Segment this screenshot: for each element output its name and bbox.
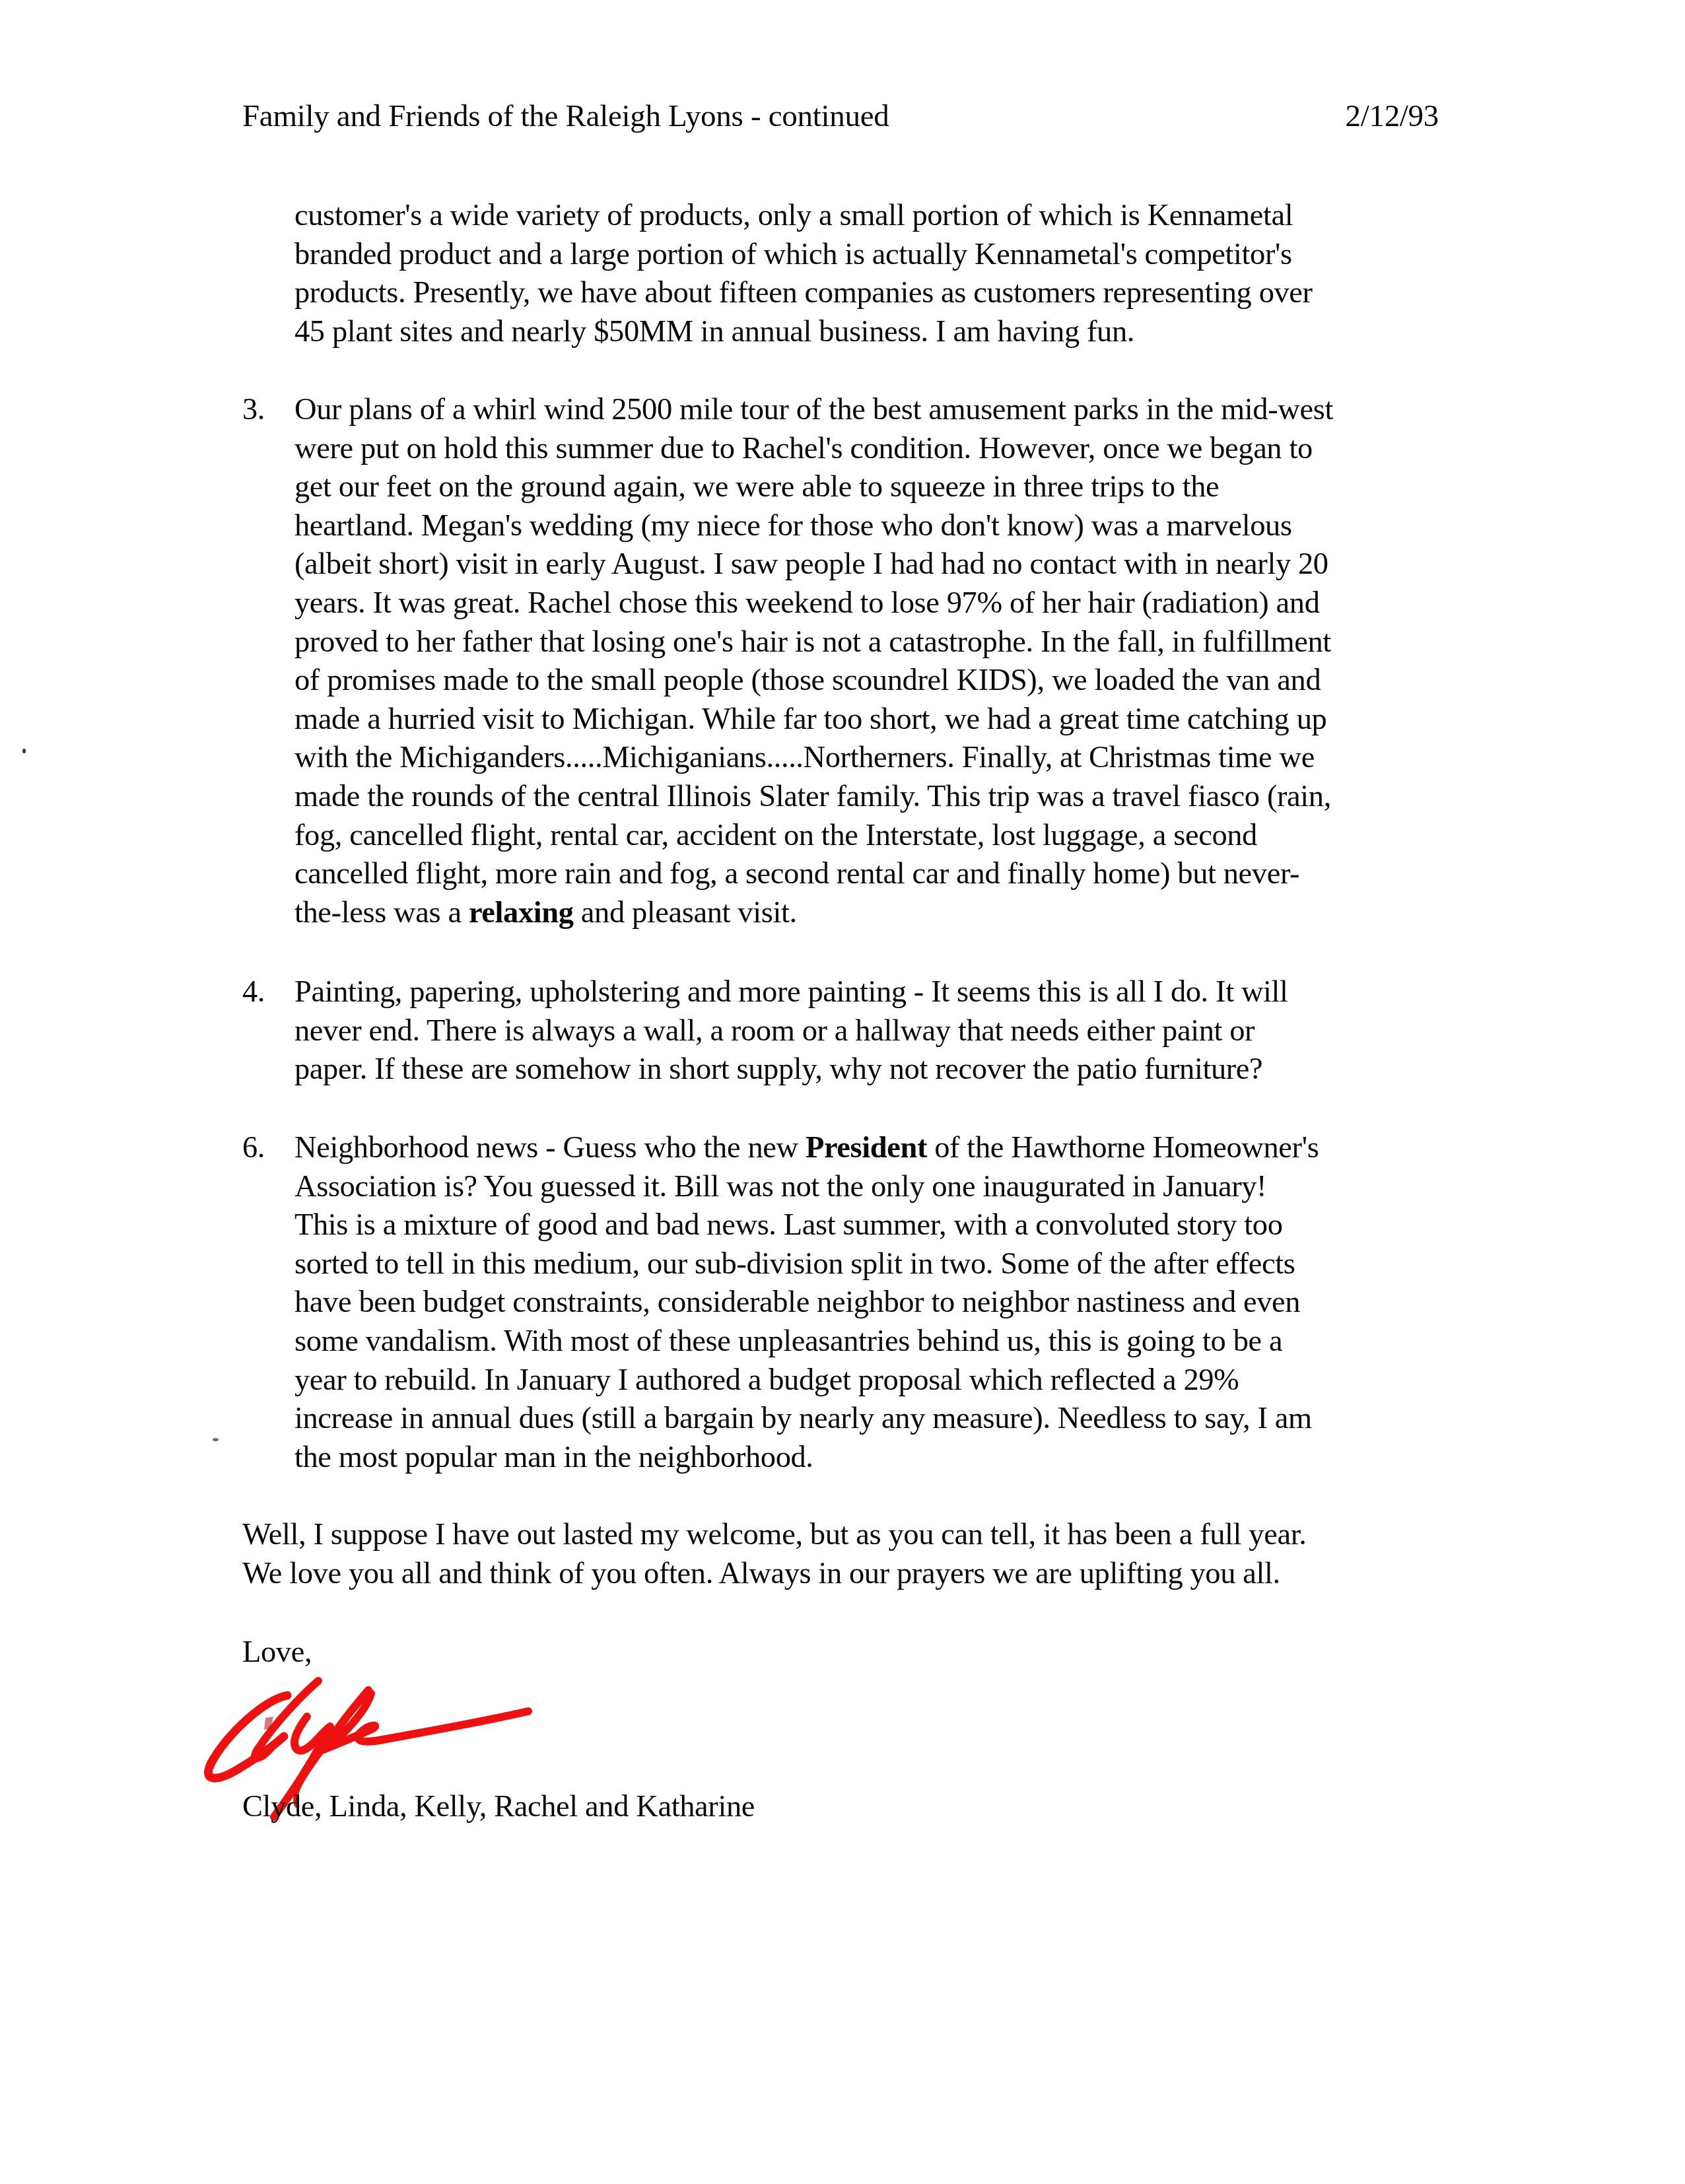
list-item-body: Neighborhood news - Guess who the new Pr…: [294, 1129, 1319, 1477]
text-line: heartland. Megan's wedding (my niece for…: [294, 507, 1333, 546]
text-line: the-less was a relaxing and pleasant vis…: [294, 894, 1333, 933]
list-number: 6.: [242, 1129, 289, 1168]
text-line: Our plans of a whirl wind 2500 mile tour…: [294, 391, 1333, 430]
list-number: 4.: [242, 973, 289, 1012]
text-line: cancelled flight, more rain and fog, a s…: [294, 855, 1333, 894]
closing-paragraph: Well, I suppose I have out lasted my wel…: [242, 1516, 1306, 1593]
text-line: made a hurried visit to Michigan. While …: [294, 700, 1333, 739]
text-line: never end. There is always a wall, a roo…: [294, 1012, 1288, 1051]
text-line: increase in annual dues (still a bargain…: [294, 1400, 1319, 1439]
family-names: Clyde, Linda, Kelly, Rachel and Katharin…: [242, 1788, 755, 1827]
bold-emphasis: relaxing: [469, 896, 574, 930]
list-item-body: Painting, papering, upholstering and mor…: [294, 973, 1288, 1089]
text-line: the most popular man in the neighborhood…: [294, 1439, 1319, 1478]
list-item-body: Our plans of a whirl wind 2500 mile tour…: [294, 391, 1333, 932]
text-line: Love,: [242, 1633, 312, 1672]
text-line: We love you all and think of you often. …: [242, 1555, 1306, 1594]
letter-page: Family and Friends of the Raleigh Lyons …: [0, 0, 1685, 2184]
page-header: Family and Friends of the Raleigh Lyons …: [242, 96, 1439, 136]
text-line: were put on hold this summer due to Rach…: [294, 430, 1333, 469]
text-fragment: of the Hawthorne Homeowner's: [927, 1131, 1319, 1165]
text-line: with the Michiganders.....Michiganians..…: [294, 739, 1333, 778]
text-fragment: the-less was a: [294, 896, 469, 930]
text-line: made the rounds of the central Illinois …: [294, 778, 1333, 817]
text-line: Neighborhood news - Guess who the new Pr…: [294, 1129, 1319, 1168]
text-line: have been budget constraints, considerab…: [294, 1283, 1319, 1322]
text-line: year to rebuild. In January I authored a…: [294, 1361, 1319, 1400]
header-title: Family and Friends of the Raleigh Lyons …: [242, 96, 889, 136]
scan-speck: [213, 1438, 219, 1441]
continued-paragraph: customer's a wide variety of products, o…: [294, 197, 1313, 351]
text-fragment: and pleasant visit.: [574, 896, 797, 930]
text-line: Association is? You guessed it. Bill was…: [294, 1168, 1319, 1207]
text-line: proved to her father that losing one's h…: [294, 623, 1333, 662]
scan-speck: [22, 749, 26, 753]
text-line: of promises made to the small people (th…: [294, 662, 1333, 700]
text-line: (albeit short) visit in early August. I …: [294, 545, 1333, 584]
text-line: 45 plant sites and nearly $50MM in annua…: [294, 313, 1313, 352]
salutation: Love,: [242, 1633, 312, 1672]
text-line: branded product and a large portion of w…: [294, 236, 1313, 275]
text-line: sorted to tell in this medium, our sub-d…: [294, 1245, 1319, 1284]
text-line: fog, cancelled flight, rental car, accid…: [294, 817, 1333, 856]
text-line: customer's a wide variety of products, o…: [294, 197, 1313, 236]
header-date: 2/12/93: [1345, 96, 1439, 136]
bold-emphasis: President: [806, 1131, 927, 1165]
text-line: some vandalism. With most of these unple…: [294, 1322, 1319, 1361]
text-line: get our feet on the ground again, we wer…: [294, 468, 1333, 507]
text-fragment: Neighborhood news - Guess who the new: [294, 1131, 806, 1165]
text-line: Well, I suppose I have out lasted my wel…: [242, 1516, 1306, 1555]
text-line: paper. If these are somehow in short sup…: [294, 1050, 1288, 1089]
text-line: Clyde, Linda, Kelly, Rachel and Katharin…: [242, 1788, 755, 1827]
list-number: 3.: [242, 391, 289, 430]
text-line: This is a mixture of good and bad news. …: [294, 1206, 1319, 1245]
text-line: products. Presently, we have about fifte…: [294, 274, 1313, 313]
text-line: years. It was great. Rachel chose this w…: [294, 584, 1333, 623]
text-line: Painting, papering, upholstering and mor…: [294, 973, 1288, 1012]
